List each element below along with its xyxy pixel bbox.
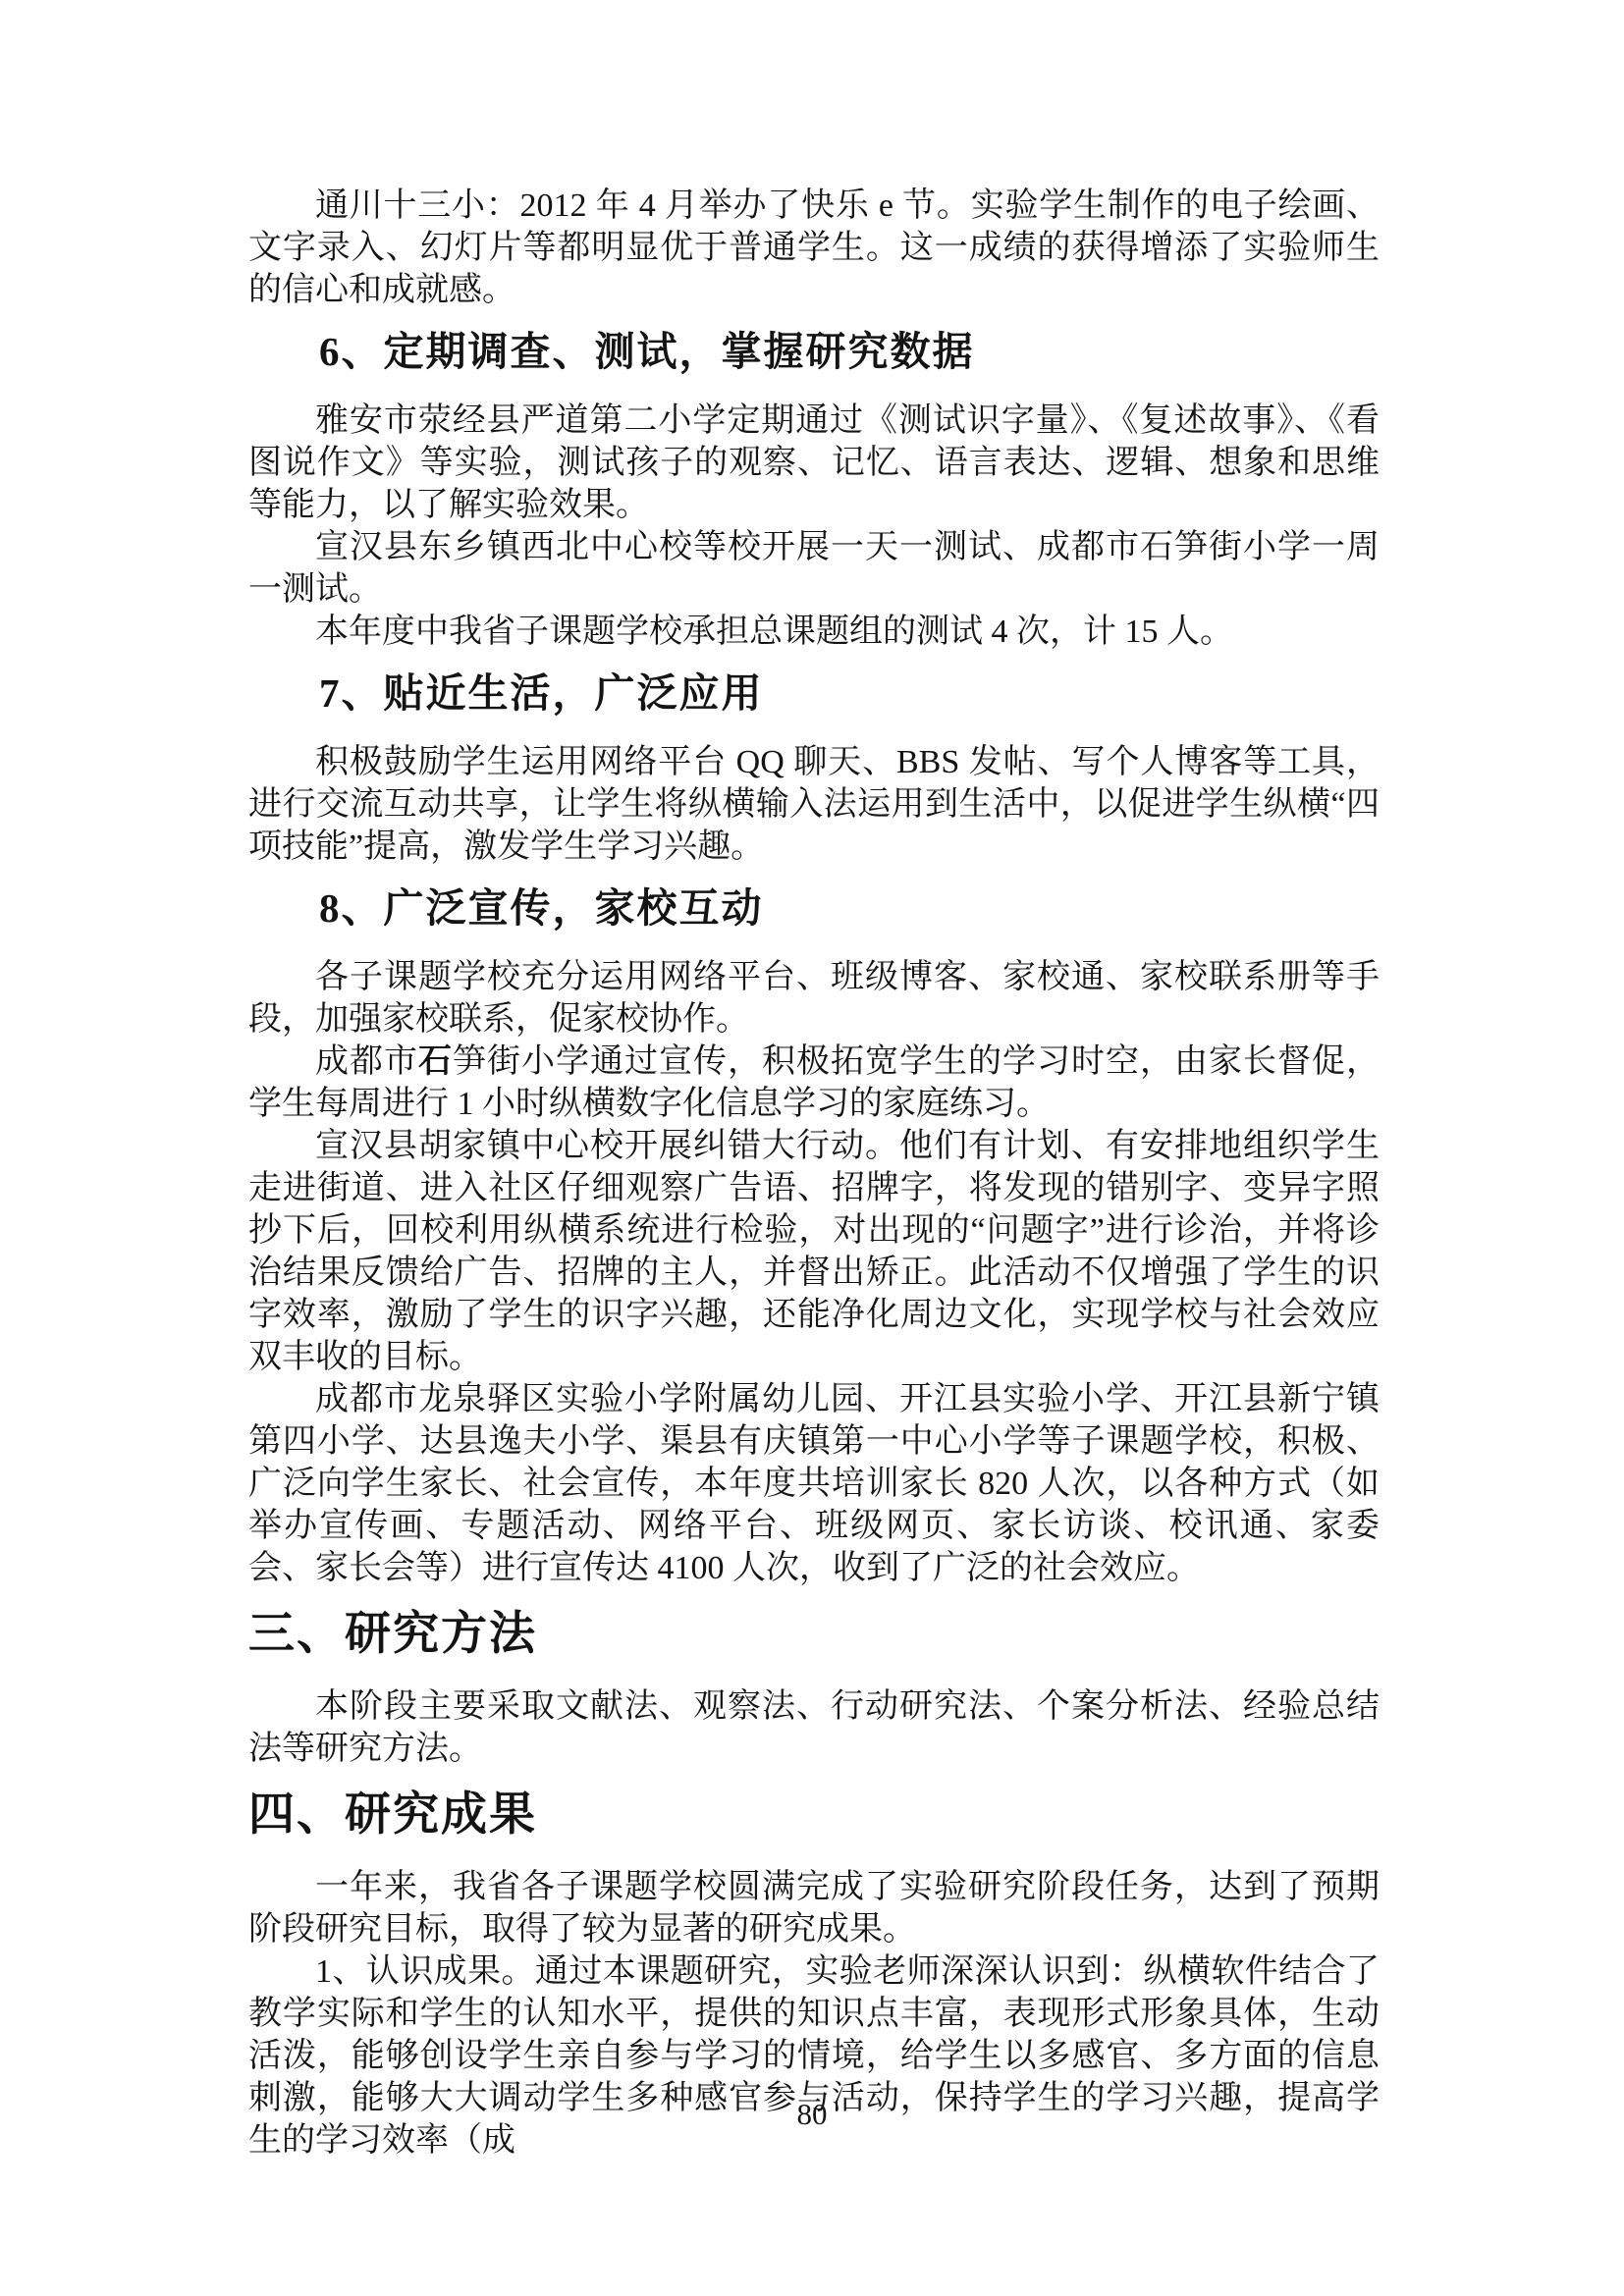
- paragraph: 通川十三小：2012 年 4 月举办了快乐 e 节。实验学生制作的电子绘画、文字…: [248, 185, 1380, 311]
- paragraph: 成都市石笋街小学通过宣传，积极拓宽学生的学习时空，由家长督促，学生每周进行 1 …: [248, 1041, 1380, 1125]
- paragraph: 本阶段主要采取文献法、观察法、行动研究法、个案分析法、经验总结法等研究方法。: [248, 1685, 1380, 1770]
- sub-heading-8: 8、广泛宣传，家校互动: [319, 883, 1380, 933]
- bold-character: 石: [418, 1043, 453, 1080]
- paragraph: 成都市龙泉驿区实验小学附属幼儿园、开江县实验小学、开江县新宁镇第四小学、达县逸夫…: [248, 1378, 1380, 1589]
- sub-heading-6: 6、定期调查、测试，掌握研究数据: [319, 327, 1380, 376]
- paragraph: 积极鼓励学生运用网络平台 QQ 聊天、BBS 发帖、写个人博客等工具，进行交流互…: [248, 741, 1380, 868]
- page-number: 80: [0, 2095, 1624, 2134]
- section-heading-3: 三、研究方法: [248, 1607, 1380, 1662]
- paragraph: 各子课题学校充分运用网络平台、班级博客、家校通、家校联系册等手段，加强家校联系，…: [248, 956, 1380, 1041]
- paragraph: 一年来，我省各子课题学校圆满完成了实验研究阶段任务，达到了预期阶段研究目标，取得…: [248, 1866, 1380, 1950]
- paragraph-text: 成都市: [315, 1043, 418, 1080]
- paragraph: 宣汉县东乡镇西北中心校等校开展一天一测试、成都市石笋街小学一周一测试。: [248, 526, 1380, 611]
- document-content: 通川十三小：2012 年 4 月举办了快乐 e 节。实验学生制作的电子绘画、文字…: [248, 185, 1380, 2162]
- paragraph: 宣汉县胡家镇中心校开展纠错大行动。他们有计划、有安排地组织学生走进街道、进入社区…: [248, 1125, 1380, 1378]
- paragraph: 本年度中我省子课题学校承担总课题组的测试 4 次，计 15 人。: [248, 611, 1380, 653]
- paragraph: 雅安市荥经县严道第二小学定期通过《测试识字量》、《复述故事》、《看图说作文》等实…: [248, 400, 1380, 526]
- sub-heading-7: 7、贴近生活，广泛应用: [319, 668, 1380, 718]
- section-heading-4: 四、研究成果: [248, 1788, 1380, 1842]
- document-page: 通川十三小：2012 年 4 月举办了快乐 e 节。实验学生制作的电子绘画、文字…: [0, 0, 1624, 2296]
